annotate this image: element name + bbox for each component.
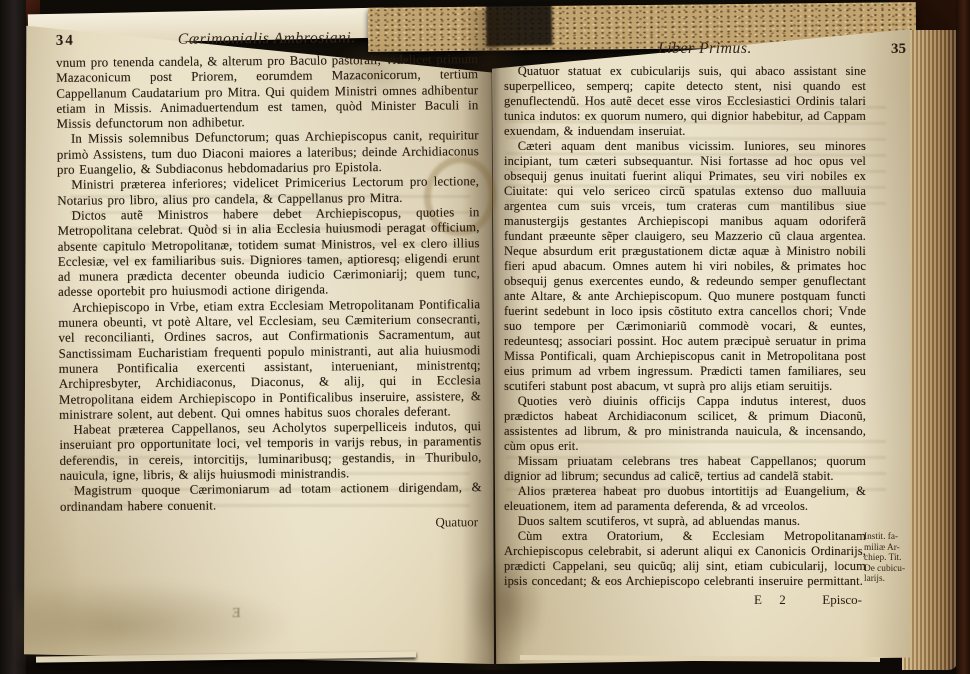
left-page-body: vnum pro tenenda candela, & alterum pro … [56,52,482,515]
paragraph: Archiepiscopo in Vrbe, etiam extra Eccle… [58,297,481,423]
show-through-signature-letter: E [232,606,241,622]
left-page-content: 34 Cærimonialis Ambrosiani. vnum pro ten… [56,28,482,536]
paragraph: Alios præterea habeat pro duobus intorti… [504,484,866,514]
paragraph: vnum pro tenenda candela, & alterum pro … [56,52,479,132]
paragraph: Quoties verò diuinis officijs Cappa indu… [504,394,866,454]
left-page-number: 34 [56,32,100,49]
paragraph: Ministri præterea inferiores; videlicet … [57,175,479,209]
paragraph: Cæteri aquam dent manibus vicissim. Iuni… [504,139,866,394]
left-page-footline: Quatuor [60,514,482,536]
right-page-body: Quatuor statuat ex cubicularijs suis, qu… [504,64,866,589]
right-cover-edge [956,0,970,674]
right-page-footline: E 2 Episco- [504,592,866,610]
left-page-header: 34 Cærimonialis Ambrosiani. [56,28,478,50]
paragraph: Duos saltem scutiferos, vt suprà, ad abl… [504,514,866,529]
margin-note: Instit. fa- miliæ Ar- chiep. Tit. De cub… [864,532,914,585]
paragraph: Missam priuatam celebrans tres habeat Ca… [504,454,866,484]
catchword-right: Episco- [822,592,862,608]
paragraph: Quatuor statuat ex cubicularijs suis, qu… [504,64,866,139]
paragraph: Habeat præterea Cappellanos, seu Acholyt… [59,419,482,484]
catchword-left: Quatuor [435,514,478,530]
left-running-title: Cærimonialis Ambrosiani. [100,29,434,50]
right-page-content: Liber Primus. 35 Quatuor statuat ex cubi… [504,40,906,610]
paragraph: Magistrum quoque Cærimoniarum ad totam a… [60,480,482,514]
right-page-header: Liber Primus. 35 [504,40,906,58]
book-scan-photo: 34 Cærimonialis Ambrosiani. vnum pro ten… [0,0,970,674]
signature-mark: E 2 [754,592,793,608]
left-cover-edge [0,0,26,674]
right-page-number: 35 [862,41,906,58]
paragraph: Cùm extra Oratorium, & Ecclesiam Metropo… [504,529,866,589]
right-running-title: Liber Primus. [548,40,862,58]
paragraph: Dictos autẽ Ministros habere debet Archi… [57,205,480,300]
corner-stain [18,578,298,664]
paragraph: In Missis solemnibus Defunctorum; quas A… [57,129,479,179]
